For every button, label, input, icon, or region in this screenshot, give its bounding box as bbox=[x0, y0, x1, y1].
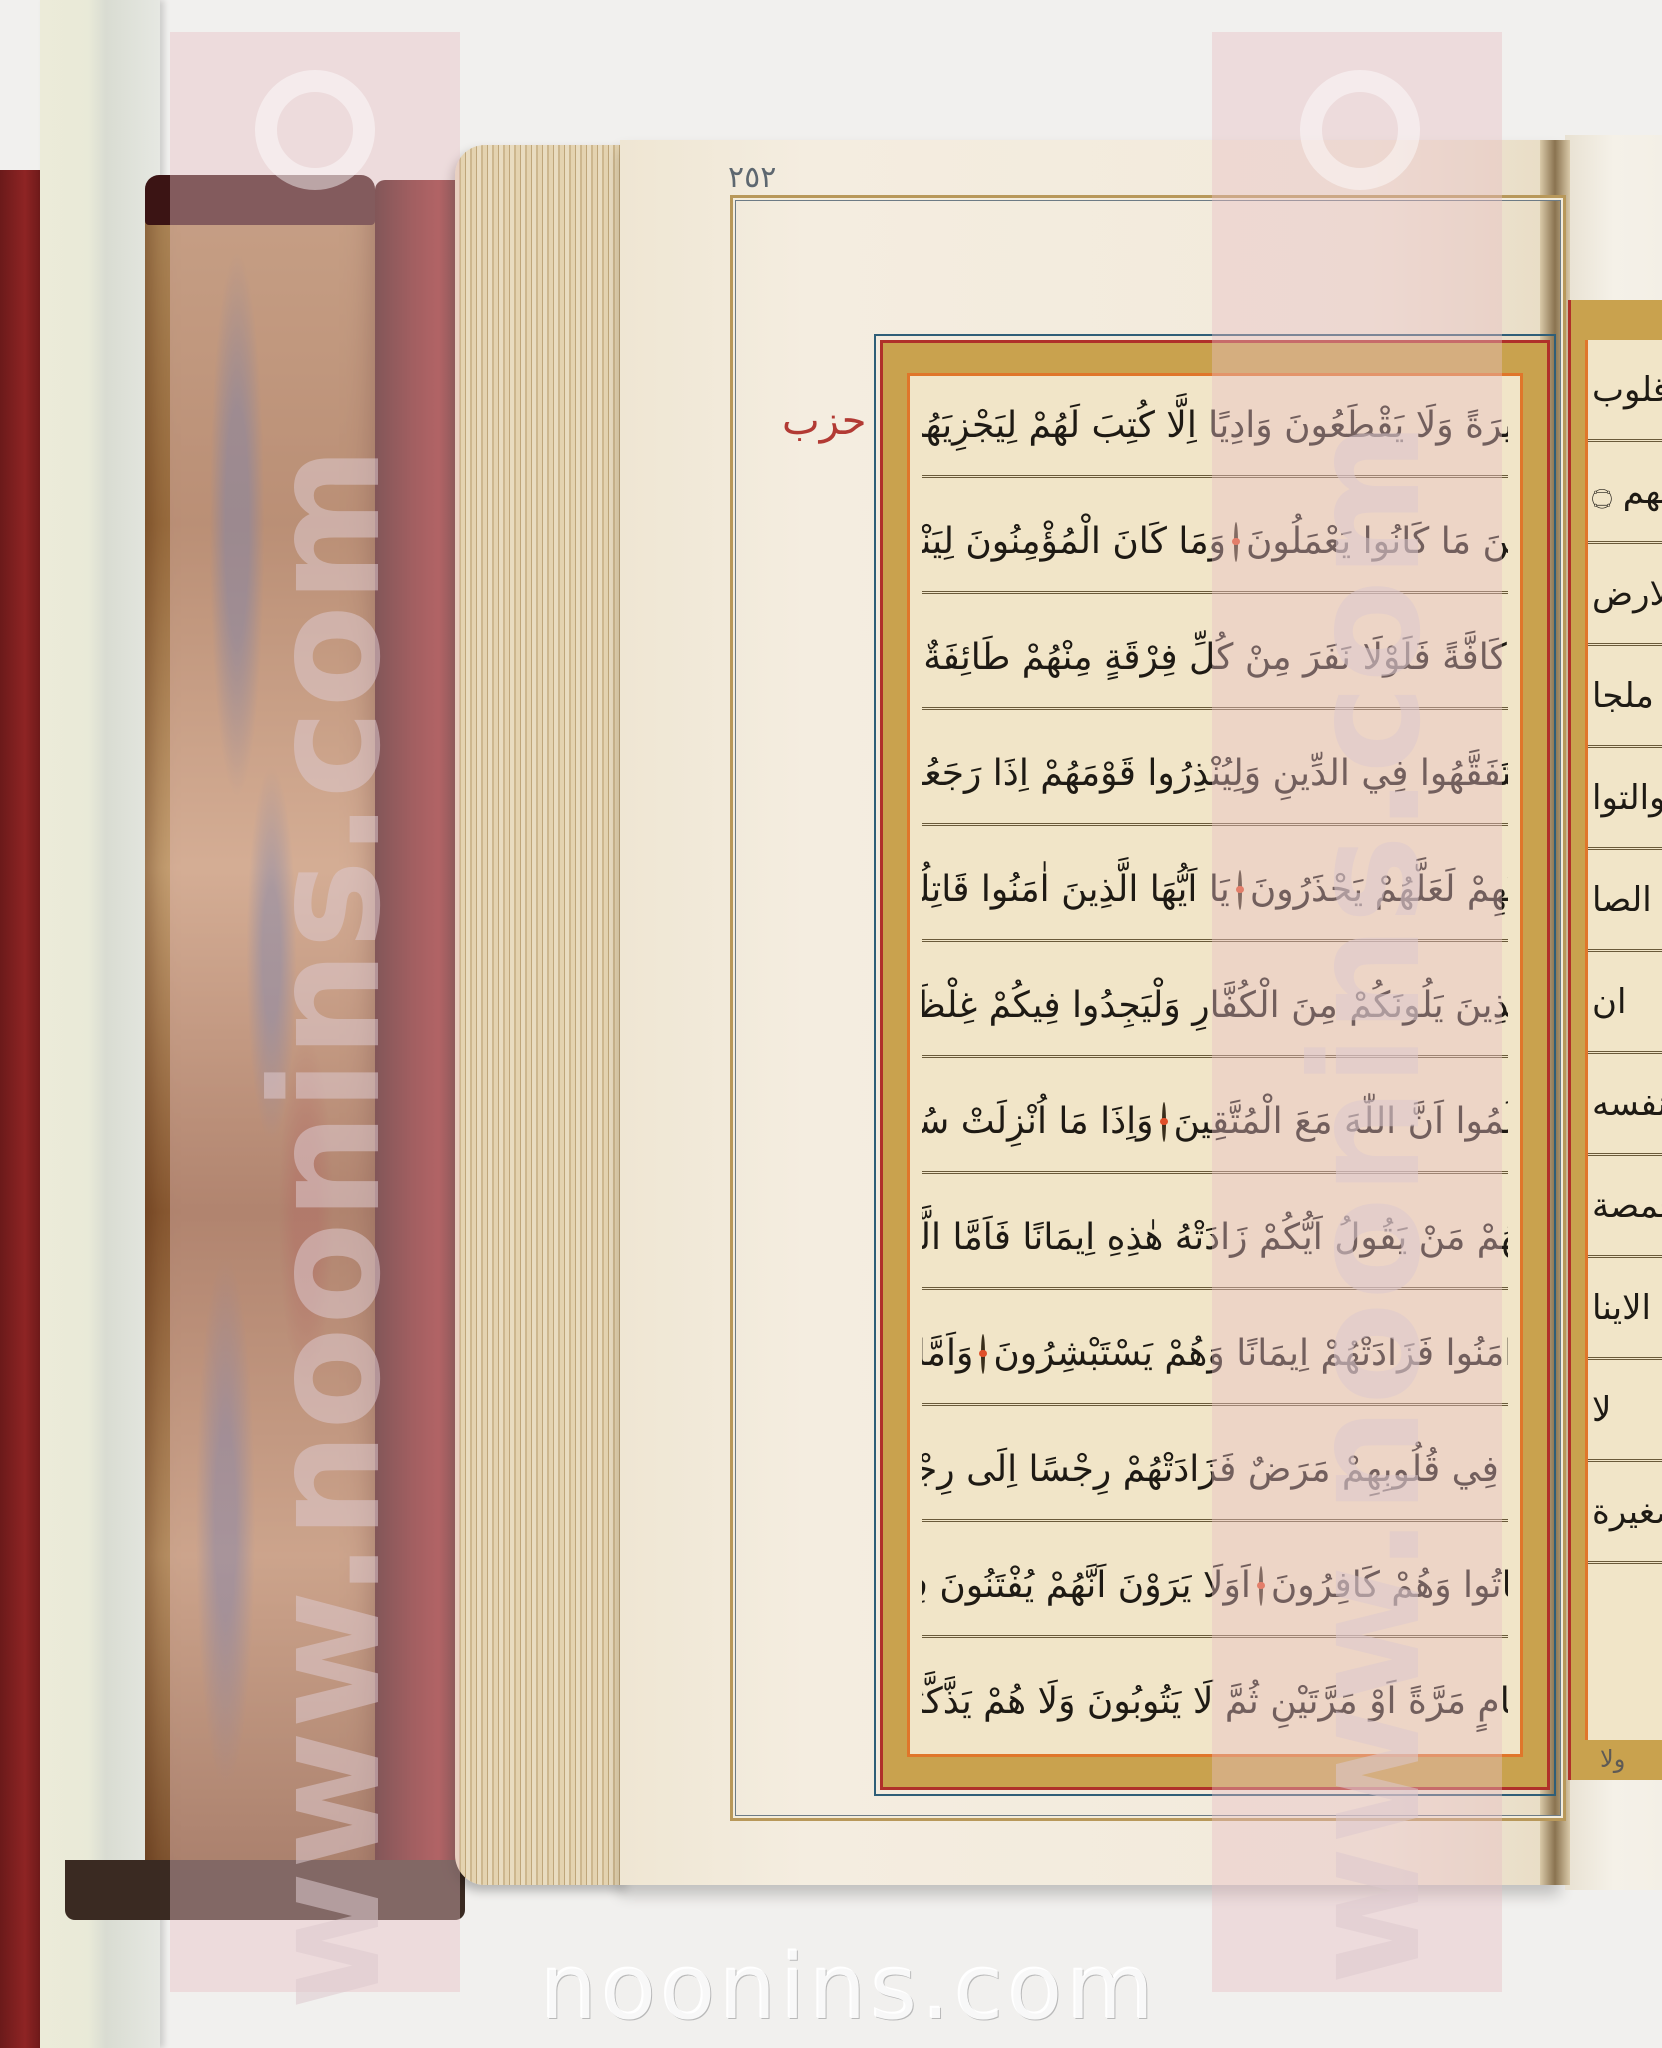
ayah-marker-icon bbox=[981, 1334, 985, 1374]
catchword: ولا bbox=[1600, 1745, 1625, 1773]
page-block-edge bbox=[455, 145, 630, 1885]
facing-line: نفسه bbox=[1588, 1054, 1662, 1156]
facing-text-panel: غ قلوب بهم ۝ الارض ملجا والتوا دقين الصا… bbox=[1568, 300, 1662, 1780]
folio-number: ٢٥٢ bbox=[728, 160, 776, 195]
hizb-margin-note: حزب bbox=[782, 398, 866, 444]
facing-line: ان bbox=[1588, 952, 1662, 1054]
facing-line: الاينا bbox=[1588, 1258, 1662, 1360]
facing-line: مخمصة bbox=[1588, 1156, 1662, 1258]
facing-line: الارض bbox=[1588, 544, 1662, 646]
facing-line: بهم ۝ bbox=[1588, 442, 1662, 544]
ayah-marker-icon bbox=[1162, 1102, 1166, 1142]
watermark-bottom-text: noonins.com bbox=[540, 1935, 1158, 2040]
facing-line: غ قلوب bbox=[1588, 340, 1662, 442]
noon-copyright-icon bbox=[1300, 70, 1420, 190]
facing-text-block: غ قلوب بهم ۝ الارض ملجا والتوا دقين الصا… bbox=[1585, 340, 1662, 1740]
mat-board bbox=[40, 0, 160, 2048]
watermark-vertical-text: www.noonins.com bbox=[1280, 419, 1454, 1985]
facing-line: دقين الصا bbox=[1588, 850, 1662, 952]
facing-line: صغيرة bbox=[1588, 1462, 1662, 1564]
watermark-vertical-text: www.noonins.com bbox=[240, 444, 414, 2010]
facing-line: لا bbox=[1588, 1360, 1662, 1462]
facing-line: ملجا bbox=[1588, 646, 1662, 748]
facing-line: والتوا bbox=[1588, 748, 1662, 850]
noon-copyright-icon bbox=[255, 70, 375, 190]
